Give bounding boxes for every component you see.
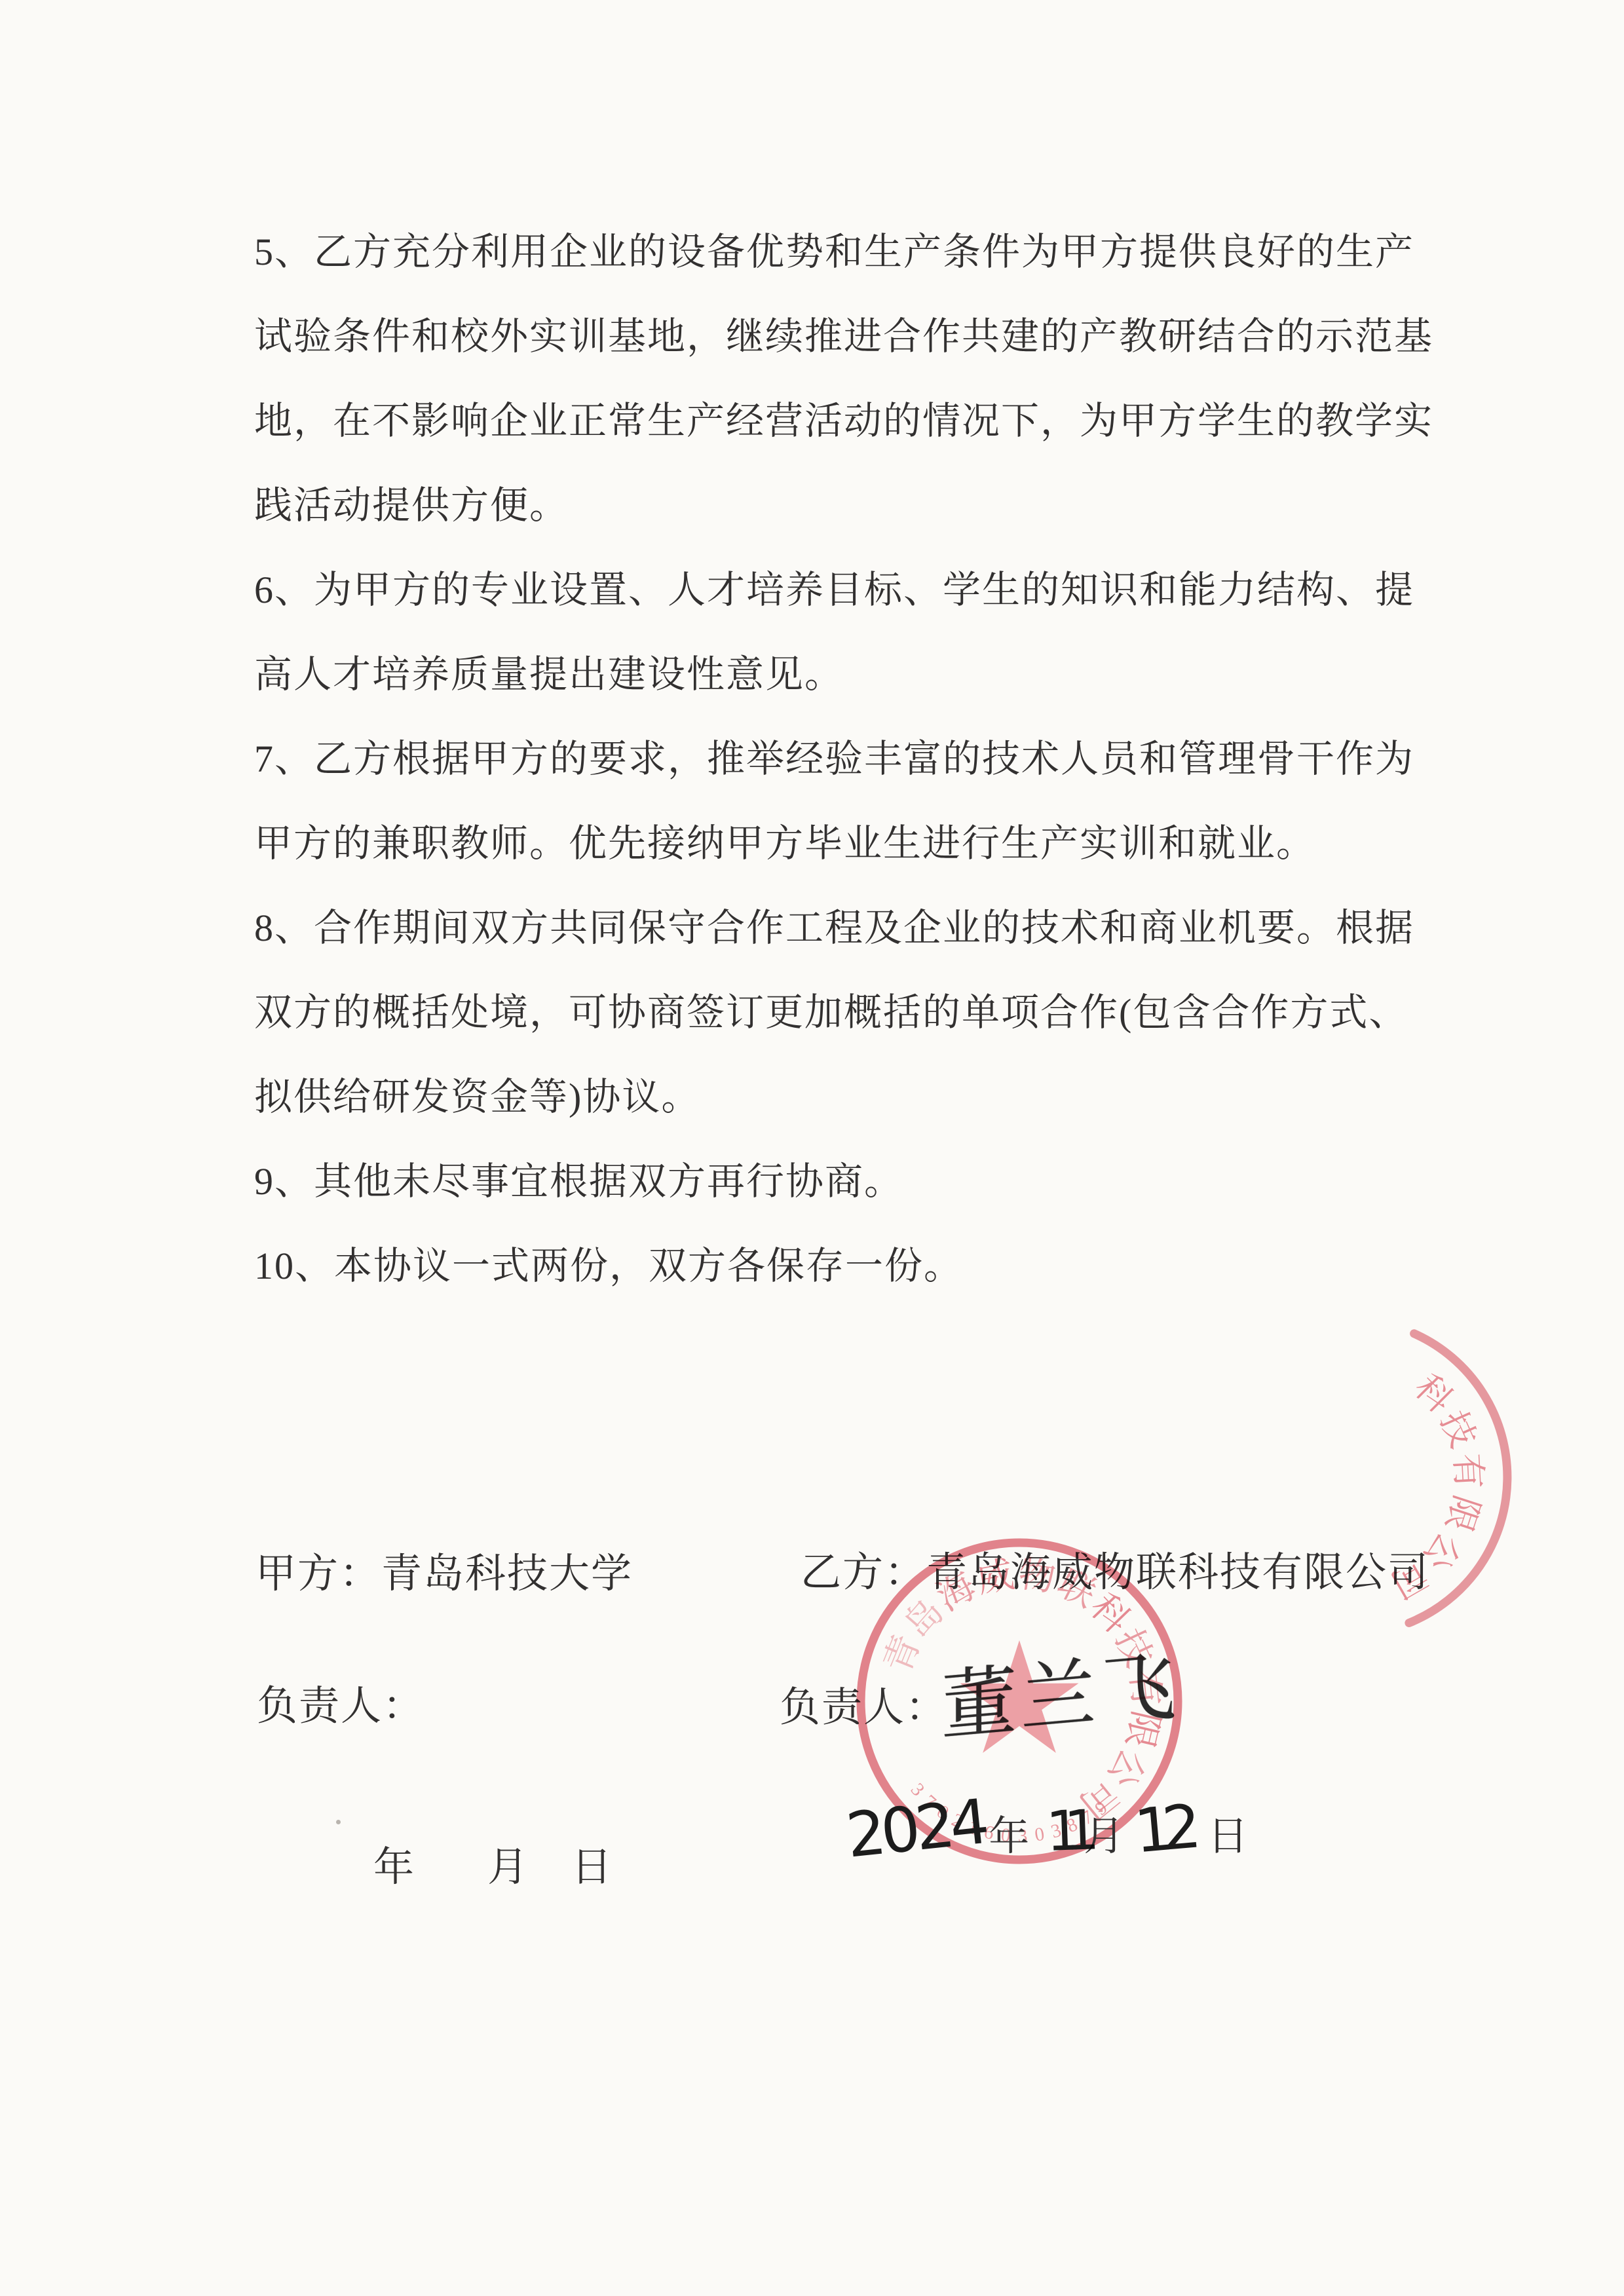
handwritten-year: 2024 xyxy=(843,1786,988,1872)
clause-6-line-1: 6、为甲方的专业设置、人才培养目标、学生的知识和能力结构、提 xyxy=(254,548,1433,632)
scan-speck xyxy=(336,1820,341,1824)
party-a-line: 甲方：青岛科技大学 xyxy=(255,1541,633,1599)
clause-10-line-1: 10、本协议一式两份，双方各保存一份。 xyxy=(254,1224,1433,1308)
handwritten-day: 12 xyxy=(1132,1792,1194,1866)
svg-text:技: 技 xyxy=(1433,1405,1483,1454)
clause-8-line-1: 8、合作期间双方共同保守合作工程及企业的技术和商业机要。根据 xyxy=(254,886,1433,970)
party-a-responsible-label: 负责人： xyxy=(257,1673,425,1731)
clause-8-line-2: 双方的概括处境，可协商签订更加概括的单项合作(包含合作方式、 xyxy=(254,970,1433,1055)
party-a-date-line: 年月日 xyxy=(373,1834,613,1892)
clause-5-line-1: 5、乙方充分利用企业的设备优势和生产条件为甲方提供良好的生产 xyxy=(254,210,1433,294)
clause-7-line-2: 甲方的兼职教师。优先接纳甲方毕业生进行生产实训和就业。 xyxy=(254,801,1433,886)
party-b-year-label: 年 xyxy=(989,1803,1030,1862)
party-b-day-label: 日 xyxy=(1207,1803,1249,1862)
handwritten-month: 11 xyxy=(1046,1798,1084,1864)
clause-5-line-4: 践活动提供方便。 xyxy=(254,463,1433,548)
party-a-day-label: 日 xyxy=(571,1845,613,1890)
clause-5-line-3: 地，在不影响企业正常生产经营活动的情况下，为甲方学生的教学实 xyxy=(254,379,1433,463)
svg-text:威: 威 xyxy=(973,1554,1017,1602)
clause-6-line-2: 高人才培养质量提出建设性意见。 xyxy=(254,632,1433,717)
svg-text:有: 有 xyxy=(1447,1452,1488,1490)
clause-7-line-1: 7、乙方根据甲方的要求，推举经验丰富的技术人员和管理骨干作为 xyxy=(254,717,1433,801)
party-a-year-label: 年 xyxy=(373,1845,415,1890)
party-b-month-label: 月 xyxy=(1084,1803,1125,1862)
party-b-handwritten-signature: 董兰飞 xyxy=(941,1625,1180,1756)
party-a-label: 甲方： xyxy=(255,1552,381,1596)
party-b-date-line: 2024 年 11 月 12 日 xyxy=(846,1794,1249,1865)
party-a-month-label: 月 xyxy=(487,1845,529,1890)
svg-text:物: 物 xyxy=(1016,1554,1058,1599)
clause-9-line-1: 9、其他未尽事宜根据双方再行协商。 xyxy=(254,1139,1433,1224)
document-page: 5、乙方充分利用企业的设备优势和生产条件为甲方提供良好的生产 试验条件和校外实训… xyxy=(0,0,1624,2296)
partial-seal-stamp: 科技有限公司 xyxy=(1186,1313,1514,1641)
contract-clauses: 5、乙方充分利用企业的设备优势和生产条件为甲方提供良好的生产 试验条件和校外实训… xyxy=(254,210,1433,1308)
party-a-name: 青岛科技大学 xyxy=(381,1552,633,1596)
clause-8-line-3: 拟供给研发资金等)协议。 xyxy=(254,1055,1433,1139)
clause-5-line-2: 试验条件和校外实训基地，继续推进合作共建的产教研结合的示范基 xyxy=(254,294,1433,379)
svg-text:限: 限 xyxy=(1438,1491,1486,1537)
